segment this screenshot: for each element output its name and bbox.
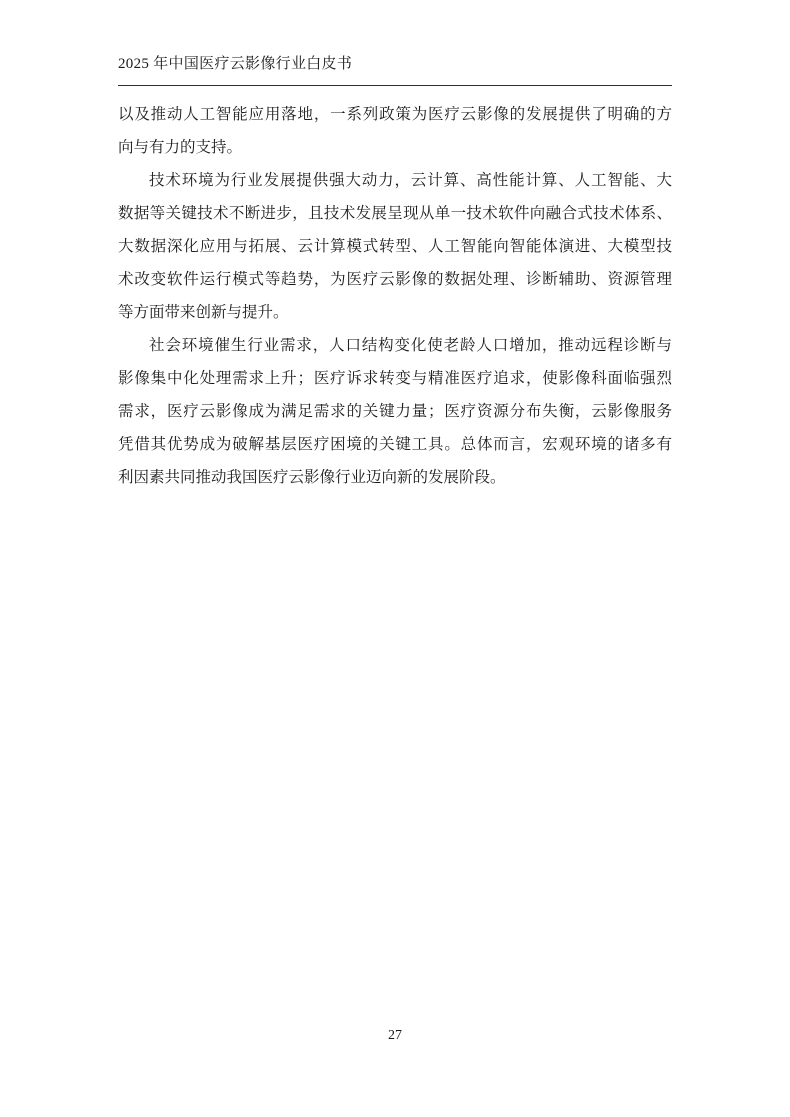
paragraph-line: 技术环境为行业发展提供强大动力，云计算、高性能计算、人工智能、大 bbox=[118, 164, 672, 197]
paragraph: 社会环境催生行业需求，人口结构变化使老龄人口增加，推动远程诊断与 影像集中化处理… bbox=[118, 329, 672, 494]
paragraph-line: 影像集中化处理需求上升；医疗诉求转变与精准医疗追求，使影像科面临强烈 bbox=[118, 362, 672, 395]
header-divider bbox=[118, 85, 672, 86]
paragraph-line: 数据等关键技术不断进步，且技术发展呈现从单一技术软件向融合式技术体系、 bbox=[118, 197, 672, 230]
paragraph-line: 向与有力的支持。 bbox=[118, 131, 672, 164]
paragraph-line: 以及推动人工智能应用落地，一系列政策为医疗云影像的发展提供了明确的方 bbox=[118, 98, 672, 131]
paragraph-line: 社会环境催生行业需求，人口结构变化使老龄人口增加，推动远程诊断与 bbox=[118, 329, 672, 362]
paragraph-line: 需求，医疗云影像成为满足需求的关键力量；医疗资源分布失衡，云影像服务 bbox=[118, 395, 672, 428]
paragraph: 技术环境为行业发展提供强大动力，云计算、高性能计算、人工智能、大 数据等关键技术… bbox=[118, 164, 672, 329]
paragraph-line: 等方面带来创新与提升。 bbox=[118, 296, 672, 329]
body-text: 以及推动人工智能应用落地，一系列政策为医疗云影像的发展提供了明确的方 向与有力的… bbox=[118, 98, 672, 494]
paragraph-line: 凭借其优势成为破解基层医疗困境的关键工具。总体而言，宏观环境的诸多有 bbox=[118, 428, 672, 461]
paragraph-line: 术改变软件运行模式等趋势，为医疗云影像的数据处理、诊断辅助、资源管理 bbox=[118, 263, 672, 296]
page-header-title: 2025 年中国医疗云影像行业白皮书 bbox=[118, 54, 672, 74]
document-page: 2025 年中国医疗云影像行业白皮书 以及推动人工智能应用落地，一系列政策为医疗… bbox=[0, 0, 790, 1117]
paragraph-line: 大数据深化应用与拓展、云计算模式转型、人工智能向智能体演进、大模型技 bbox=[118, 230, 672, 263]
page-number: 27 bbox=[0, 1027, 790, 1045]
paragraph: 以及推动人工智能应用落地，一系列政策为医疗云影像的发展提供了明确的方 向与有力的… bbox=[118, 98, 672, 164]
paragraph-line: 利因素共同推动我国医疗云影像行业迈向新的发展阶段。 bbox=[118, 461, 672, 494]
